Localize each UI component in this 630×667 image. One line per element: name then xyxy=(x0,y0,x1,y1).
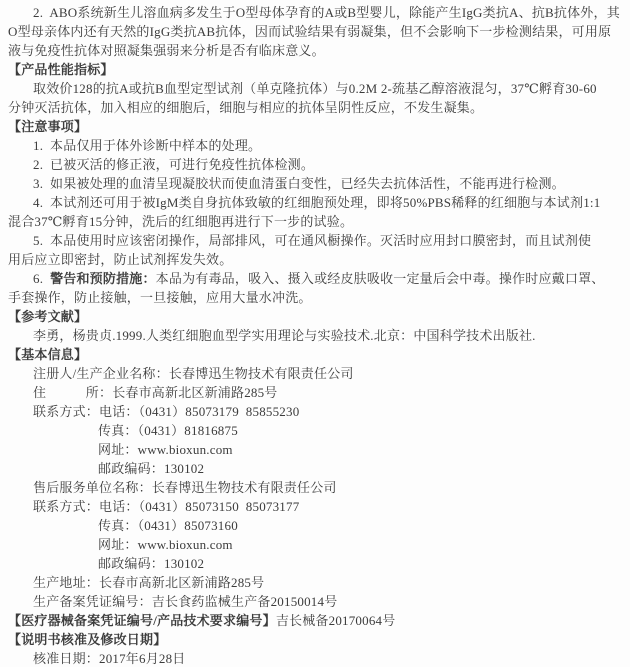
approval-date: 核准日期：2017年6月28日 xyxy=(8,649,624,667)
contact1-phone: 联系方式：电话：（0431）85073179 85855230 xyxy=(8,402,624,421)
contact1-website: 网址：www.bioxun.com xyxy=(8,440,624,459)
precaution-item-1: 1. 本品仅用于体外诊断中样本的处理。 xyxy=(8,136,624,155)
precaution-item-2: 2. 已被灭活的修正液，可进行免疫性抗体检测。 xyxy=(8,155,624,174)
reference-citation: 李勇，杨贵贞.1999.人类红细胞血型学实用理论与实验技术.北京：中国科学技术出… xyxy=(8,326,624,345)
precaution-item-3: 3. 如果被处理的血清呈现凝胶状而使血清蛋白变性，已经失去抗体活性，不能再进行检… xyxy=(8,174,624,193)
contact1-zipcode: 邮政编码：130102 xyxy=(8,459,624,478)
precaution-item-6-line-2: 手套操作，防止接触，一旦接触，应用大量水冲洗。 xyxy=(8,288,624,307)
section-heading-precautions: 【注意事项】 xyxy=(8,117,624,136)
device-record-value: 吉长械备20170064号 xyxy=(276,613,396,628)
production-record-number: 生产备案凭证编号：吉长食药监械生产备20150014号 xyxy=(8,592,624,611)
residence-address: 住 所：长春市高新北区新浦路285号 xyxy=(8,383,624,402)
precaution-item-5-line-2: 用后应立即密封，防止试剂挥发失效。 xyxy=(8,250,624,269)
contact2-website: 网址：www.bioxun.com xyxy=(8,535,624,554)
section-heading-performance: 【产品性能指标】 xyxy=(8,60,624,79)
section-heading-references: 【参考文献】 xyxy=(8,307,624,326)
item-6-number: 6. xyxy=(33,271,50,286)
precaution-item-6-line-1: 6. 警告和预防措施：本品为有毒品，吸入、摄入或经皮肤吸收一定量后会中毒。操作时… xyxy=(8,269,624,288)
contact1-fax: 传真：（0431）81816875 xyxy=(8,421,624,440)
contact2-zipcode: 邮政编码：130102 xyxy=(8,554,624,573)
item-6-warning-text: 本品为有毒品，吸入、摄入或经皮肤吸收一定量后会中毒。操作时应戴口罩、 xyxy=(156,271,605,286)
device-record-line: 【医疗器械备案凭证编号/产品技术要求编号】吉长械备20170064号 xyxy=(8,611,624,630)
performance-line-2: 分钟灭活抗体，加入相应的细胞后，细胞与相应的抗体呈阴性反应，不发生凝集。 xyxy=(8,98,624,117)
precaution-item-5-line-1: 5. 本品使用时应该密闭操作，局部排风，可在通风橱操作。灭活时应用封口膜密封，而… xyxy=(8,231,624,250)
intro-line-3: 液与免疫性抗体对照凝集强弱来分析是否有临床意义。 xyxy=(8,41,624,60)
production-address: 生产地址：长春市高新北区新浦路285号 xyxy=(8,573,624,592)
contact2-phone: 联系方式：电话：（0431）85073150 85073177 xyxy=(8,497,624,516)
performance-line-1: 取效价128的抗A或抗B血型定型试剂（单克隆抗体）与0.2M 2-巯基乙醇溶液混… xyxy=(8,79,624,98)
registrant-name: 注册人/生产企业名称：长春博迅生物技术有限责任公司 xyxy=(8,364,624,383)
precaution-item-4-line-2: 混合37℃孵育15分钟，洗后的红细胞再进行下一步的试验。 xyxy=(8,212,624,231)
device-record-heading: 【医疗器械备案凭证编号/产品技术要求编号】 xyxy=(8,613,276,628)
section-heading-basic-info: 【基本信息】 xyxy=(8,345,624,364)
contact2-fax: 传真：（0431）85073160 xyxy=(8,516,624,535)
aftersales-unit-name: 售后服务单位名称：长春博迅生物技术有限责任公司 xyxy=(8,478,624,497)
intro-line-1: 2. ABO系统新生儿溶血病多发生于O型母体孕育的A或B型婴儿，除能产生IgG类… xyxy=(8,3,624,22)
section-heading-approval: 【说明书核准及修改日期】 xyxy=(8,630,624,649)
item-6-warning-label: 警告和预防措施： xyxy=(50,271,156,286)
precaution-item-4-line-1: 4. 本试剂还可用于被IgM类自身抗体致敏的红细胞预处理，即将50%PBS稀释的… xyxy=(8,193,624,212)
intro-line-2: O型母亲体内还有天然的IgG类抗AB抗体，因而试验结果有弱凝集，但不会影响下一步… xyxy=(8,22,624,41)
instruction-document-page: 2. ABO系统新生儿溶血病多发生于O型母体孕育的A或B型婴儿，除能产生IgG类… xyxy=(0,0,630,667)
